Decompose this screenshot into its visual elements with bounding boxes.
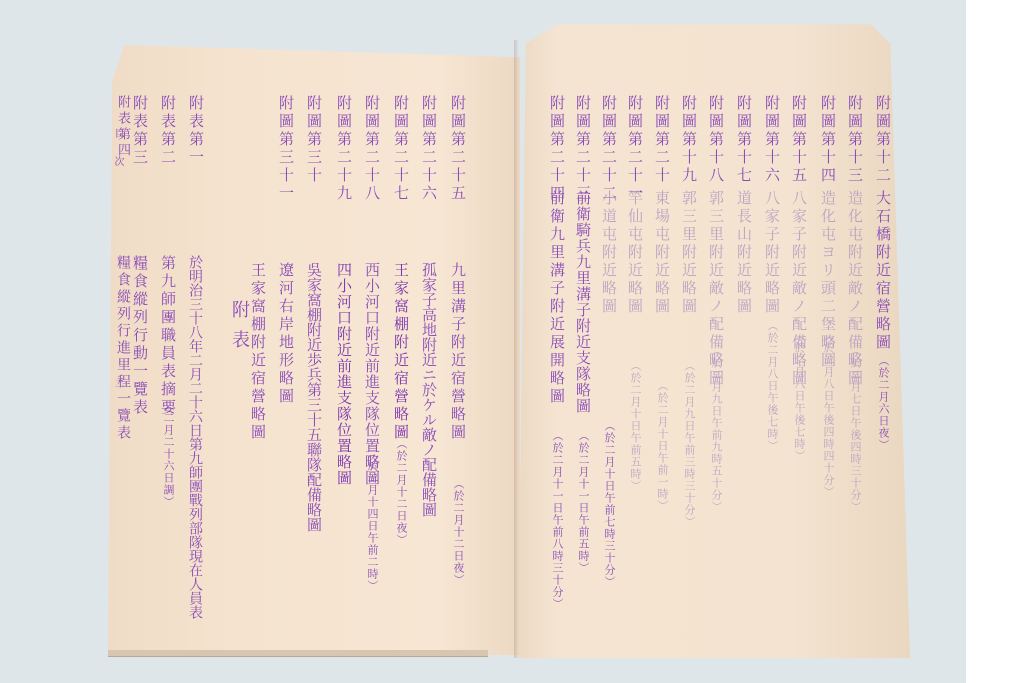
figure-heading: 附圖第三十 [306,95,321,185]
white-backdrop-edge [966,0,1024,683]
figure-note: （於二月十二日夜） [453,478,464,586]
figure-title: 王家窩棚附近宿營略圖 [250,262,265,442]
figure-note: （於二月十四日午前二時） [367,448,378,592]
figure-note: （於二月八日午後四時四十分） [823,330,834,498]
figure-title: 道長山附近略圖 [736,190,751,316]
table-title: 於明治三十八年二月二十六日第九師團戰列部隊現在人員表 [188,255,202,619]
table-heading: 附表第三 [132,95,147,167]
figure-note: （於二月十一日午前八時三十分） [552,430,563,610]
table-title: 糧食縱列行動一覽表 [132,255,147,417]
figure-note: （於二月十日午前七時三十分） [604,420,615,588]
figure-title: 東場屯附近略圖 [654,190,669,316]
left-page-edge [108,650,488,657]
figure-title: 郭三里附近略圖 [681,190,696,316]
figure-heading: 附圖第十二 [875,95,890,185]
figure-heading: 附圖第二十八 [364,95,379,203]
figure-title: 遼河右岸地形略圖 [278,262,293,406]
page-number: 二 [110,378,125,388]
table-note: （二月二十六日調） [163,400,174,508]
figure-heading: 附圖第十四 [820,95,835,185]
figure-heading: 附圖第二十二 [601,95,616,203]
figure-note: （於二月八日午後七時） [767,320,778,452]
figure-title: 四小河口附近前進支隊位置略圖 [336,262,351,486]
figure-heading: 附圖第十九 [681,95,696,185]
figure-note: （於二月十日午前一時） [657,380,668,512]
table-heading: 附表第一 [188,95,203,167]
figure-heading: 附圖第十五 [791,95,806,185]
figure-note: （於二月七日午後四時三十分） [850,345,861,513]
figure-heading: 附圖第三十一 [278,95,293,203]
figure-heading: 附圖第二十六 [421,95,436,203]
figure-title: 前衛騎兵九里溝子附近支隊略圖 [575,190,590,414]
figure-heading: 附圖第二十三 [575,95,590,203]
figure-title: 小道屯附近略圖 [601,190,616,316]
figure-title: 八家子附近略圖 [764,190,779,316]
figure-heading: 附圖第十三 [847,95,862,185]
figure-note: （於二月十日午前五時） [630,360,641,492]
figure-title: 九里溝子附近宿營略圖 [450,262,465,442]
figure-title: 竿仙屯附近略圖 [627,190,642,316]
figure-title: 孤家子高地附近ニ於ケル敵ノ配備略圖 [421,262,436,517]
figure-heading: 附圖第十六 [764,95,779,185]
figure-title: 大石橋附近宿營略圖 [875,190,890,352]
book-gutter [514,40,522,658]
figure-heading: 附圖第十七 [736,95,751,185]
table-title: 糧食縱列行進里程一覽表 [116,255,130,442]
figure-note: （於二月九日午前九時五十分） [711,345,722,513]
figure-title: 吳家窩棚附近歩兵第三十五聯隊配備略圖 [306,262,321,532]
table-title: 第九師團職員表摘要 [160,255,175,417]
figure-note: （於二月九日午前三時三十分） [684,360,695,528]
figure-heading: 附圖第二十五 [450,95,465,203]
figure-note: （於二月八日午後七時） [794,330,805,462]
figure-heading: 附圖第二十九 [336,95,351,203]
margin-label: 目次 [110,128,125,184]
figure-note: （於二月六日夜） [878,355,889,451]
figure-heading: 附圖第十八 [708,95,723,185]
table-heading: 附表第二 [160,95,175,167]
figure-title: 前衛九里溝子附近展開略圖 [549,190,564,406]
figure-note: （於二月十一日午前五時） [578,430,589,574]
figure-heading: 附圖第二十七 [393,95,408,203]
figure-heading: 附圖第二十四 [549,95,564,203]
section-title-tables: 附表 [226,300,252,360]
figure-heading: 附圖第二十一 [627,95,642,203]
figure-title: 王家窩棚附近宿營略圖 [393,262,408,442]
figure-note: （於二月十二日夜） [396,438,407,546]
figure-heading: 附圖第二十 [654,95,669,185]
